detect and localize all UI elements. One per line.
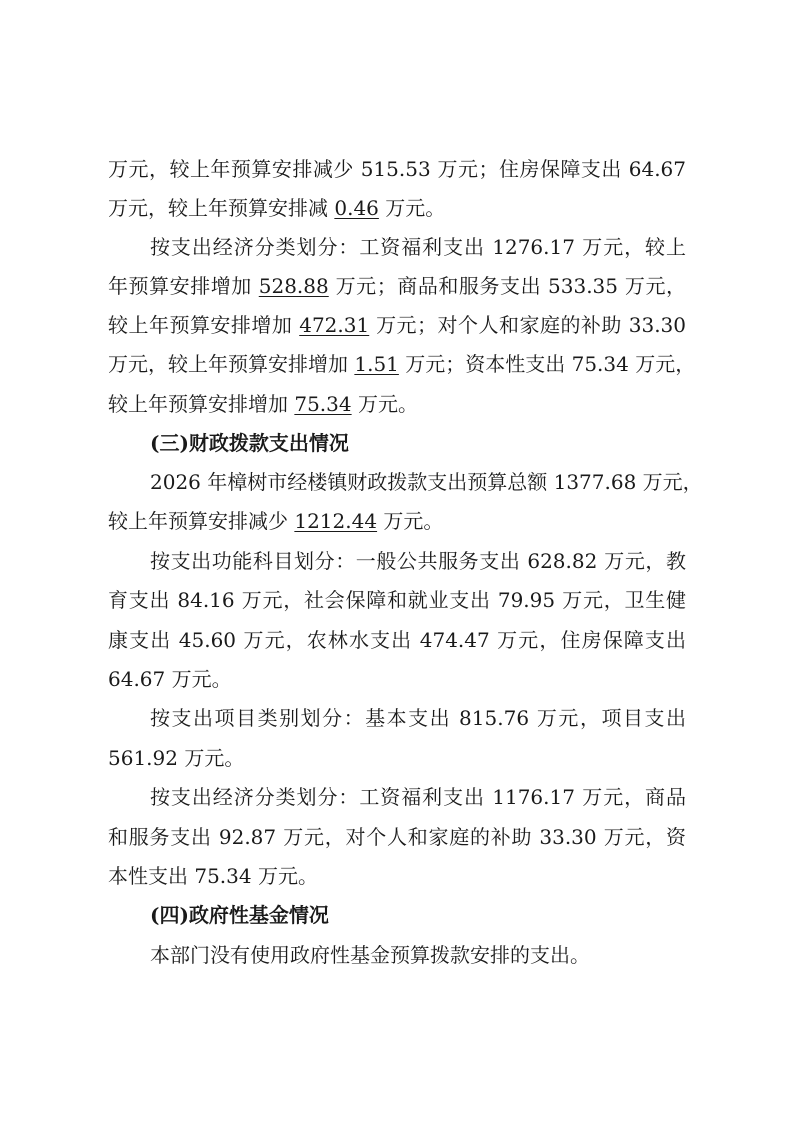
paragraph-line: 按支出功能科目划分：一般公共服务支出 628.82 万元，教 — [150, 541, 686, 581]
paragraph-line: 本部门没有使用政府性基金预算拨款安排的支出。 — [150, 935, 686, 975]
paragraph-line: 康支出 45.60 万元，农林水支出 474.47 万元，住房保障支出 — [108, 620, 686, 660]
text-segment: 较上年预算安排增加 — [108, 313, 299, 337]
paragraph-line: 按支出项目类别划分：基本支出 815.76 万元，项目支出 — [150, 698, 686, 738]
underlined-value: 528.88 — [259, 274, 329, 298]
paragraph-line: 年预算安排增加 528.88 万元；商品和服务支出 533.35 万元， — [108, 266, 686, 306]
text-segment: 万元。 — [377, 509, 443, 533]
underlined-value: 0.46 — [334, 196, 379, 220]
text-segment: 万元；资本性支出 75.34 万元， — [399, 352, 695, 376]
text-segment: 万元，较上年预算安排增加 — [108, 352, 354, 376]
paragraph-line: 万元，较上年预算安排减少 515.53 万元；住房保障支出 64.67 — [108, 149, 686, 189]
text-segment: 万元，较上年预算安排减 — [108, 196, 334, 220]
text-segment: 较上年预算安排减少 — [108, 509, 294, 533]
document-page: 万元，较上年预算安排减少 515.53 万元；住房保障支出 64.67 万元，较… — [0, 0, 793, 1122]
text-segment: 万元；对个人和家庭的补助 33.30 — [369, 313, 686, 337]
underlined-value: 1212.44 — [294, 509, 377, 533]
text-segment: 年预算安排增加 — [108, 274, 259, 298]
paragraph-line: 按支出经济分类划分：工资福利支出 1176.17 万元，商品 — [150, 777, 686, 817]
section-heading-3: (三)财政拨款支出情况 — [150, 423, 349, 463]
paragraph-line: 较上年预算安排减少 1212.44 万元。 — [108, 501, 686, 541]
paragraph-line: 2026 年樟树市经楼镇财政拨款支出预算总额 1377.68 万元， — [150, 462, 686, 502]
paragraph-line: 本性支出 75.34 万元。 — [108, 856, 686, 896]
paragraph-line: 万元，较上年预算安排增加 1.51 万元；资本性支出 75.34 万元， — [108, 344, 686, 384]
underlined-value: 75.34 — [294, 392, 351, 416]
underlined-value: 472.31 — [299, 313, 369, 337]
text-segment: 较上年预算安排增加 — [108, 392, 294, 416]
text-segment: 万元。 — [379, 196, 445, 220]
paragraph-line: 和服务支出 92.87 万元，对个人和家庭的补助 33.30 万元，资 — [108, 817, 686, 857]
paragraph-line: 较上年预算安排增加 472.31 万元；对个人和家庭的补助 33.30 — [108, 305, 686, 345]
paragraph-line: 较上年预算安排增加 75.34 万元。 — [108, 384, 686, 424]
paragraph-line: 561.92 万元。 — [108, 738, 686, 778]
section-heading-4: (四)政府性基金情况 — [150, 895, 329, 935]
text-segment: 万元。 — [352, 392, 418, 416]
paragraph-line: 万元，较上年预算安排减 0.46 万元。 — [108, 188, 686, 228]
text-segment: 万元；商品和服务支出 533.35 万元， — [329, 274, 686, 298]
paragraph-line: 育支出 84.16 万元，社会保障和就业支出 79.95 万元，卫生健 — [108, 580, 686, 620]
underlined-value: 1.51 — [354, 352, 399, 376]
paragraph-line: 64.67 万元。 — [108, 659, 686, 699]
paragraph-line: 按支出经济分类划分：工资福利支出 1276.17 万元，较上 — [150, 227, 686, 267]
